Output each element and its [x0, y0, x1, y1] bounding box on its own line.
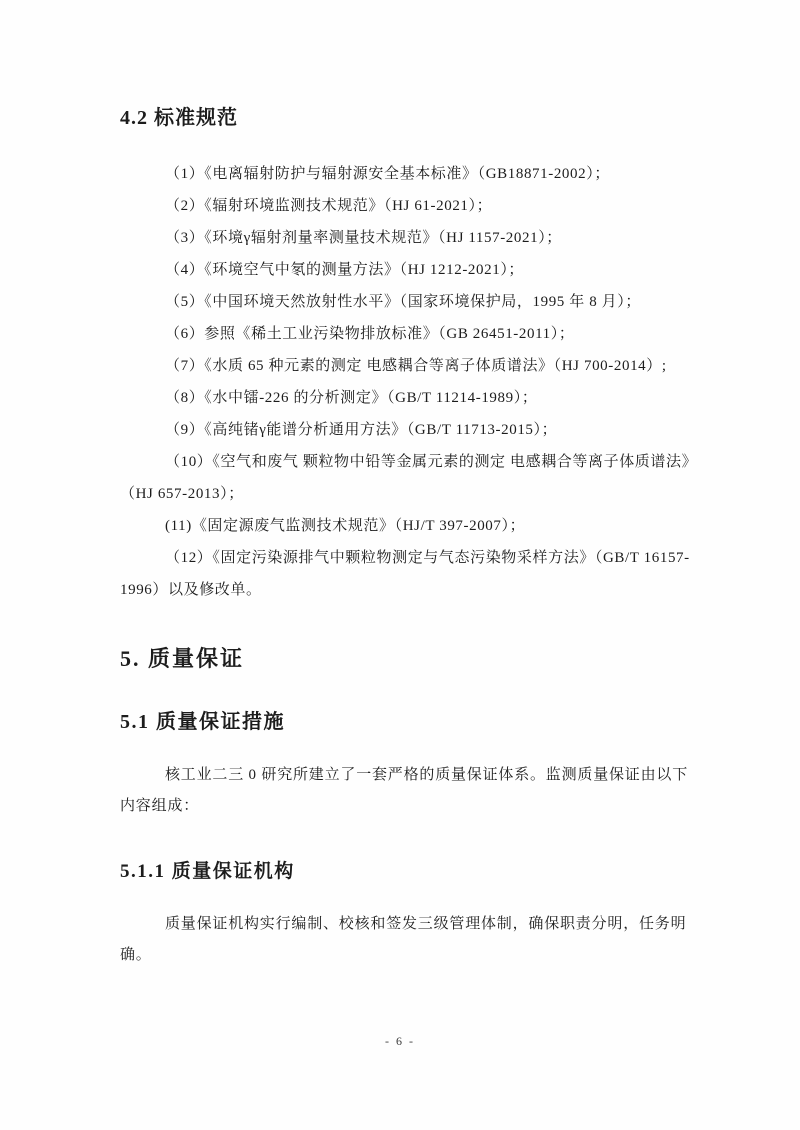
heading-quality-assurance: 5. 质量保证	[120, 642, 692, 673]
standard-item-4: （4）《环境空气中氡的测量方法》（HJ 1212-2021）；	[120, 254, 692, 286]
page-number: - 6 -	[0, 1034, 800, 1049]
paragraph-qa-measures: 核工业二三 0 研究所建立了一套严格的质量保证体系。监测质量保证由以下内容组成：	[120, 760, 692, 822]
standard-item-6: （6）参照《稀土工业污染物排放标准》（GB 26451-2011）；	[120, 318, 692, 350]
standard-item-9: （9）《高纯锗γ能谱分析通用方法》（GB/T 11713-2015）；	[120, 414, 692, 446]
standard-item-12: （12）《固定污染源排气中颗粒物测定与气态污染物采样方法》（GB/T 16157…	[120, 542, 692, 606]
page-content: 4.2 标准规范 （1）《电离辐射防护与辐射源安全基本标准》（GB18871-2…	[120, 101, 692, 971]
standard-item-11: (11)《固定源废气监测技术规范》（HJ/T 397-2007）；	[120, 510, 692, 542]
heading-standards: 4.2 标准规范	[120, 101, 692, 130]
standard-item-1: （1）《电离辐射防护与辐射源安全基本标准》（GB18871-2002）；	[120, 158, 692, 190]
heading-qa-measures: 5.1 质量保证措施	[120, 705, 692, 734]
standard-item-7: （7）《水质 65 种元素的测定 电感耦合等离子体质谱法》（HJ 700-201…	[120, 350, 692, 382]
standard-item-3: （3）《环境γ辐射剂量率测量技术规范》（HJ 1157-2021）；	[120, 222, 692, 254]
standards-list: （1）《电离辐射防护与辐射源安全基本标准》（GB18871-2002）； （2）…	[120, 158, 692, 606]
heading-qa-organization: 5.1.1 质量保证机构	[120, 856, 692, 883]
standard-item-8: （8）《水中镭-226 的分析测定》（GB/T 11214-1989）；	[120, 382, 692, 414]
standard-item-2: （2）《辐射环境监测技术规范》（HJ 61-2021）；	[120, 190, 692, 222]
document-page: 4.2 标准规范 （1）《电离辐射防护与辐射源安全基本标准》（GB18871-2…	[0, 0, 800, 1130]
paragraph-qa-organization: 质量保证机构实行编制、校核和签发三级管理体制，确保职责分明，任务明确。	[120, 909, 692, 971]
standard-item-10: （10）《空气和废气 颗粒物中铅等金属元素的测定 电感耦合等离子体质谱法》（HJ…	[120, 446, 692, 510]
standard-item-5: （5）《中国环境天然放射性水平》（国家环境保护局，1995 年 8 月）；	[120, 286, 692, 318]
